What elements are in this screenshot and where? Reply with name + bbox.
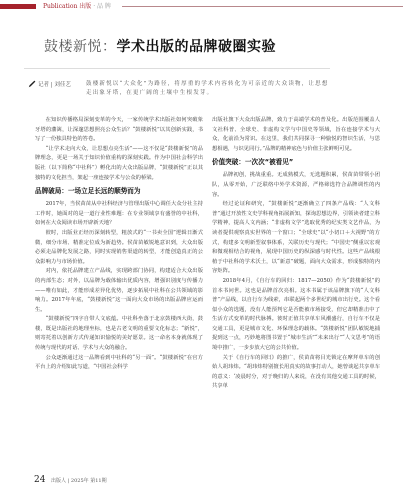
paragraph: “鼓楼新悦”四字自带人文底蕴。中社科坐落于北京鼓楼西大街，鼓楼，既是出版社的地理… xyxy=(35,315,203,353)
paragraph: “让学术走向大众，让思想点亮生活”——这不仅是“鼓楼新悦”的品牌理念，更是一场关… xyxy=(35,145,203,183)
paragraph: 品牌初创，挑战重重。无成熟模式，无选题积累，侯苗苗带领小团队，从零开始，广泛联络… xyxy=(212,171,380,200)
paragraph: 2017年，当侯苗苗从中社科经济与管理出版中心调任大众分社主持工作时，她面对的是… xyxy=(35,200,203,229)
title-main: 学术出版的品牌破圈实验 xyxy=(117,39,277,55)
byline: 记者 | 刘佳艺 xyxy=(28,80,71,88)
author: 记者 | 刘佳艺 xyxy=(38,80,71,88)
section-heading: 品牌破局：一场立足长远的顺势而为 xyxy=(35,186,203,197)
article-column-left: 在知识传播格局深刻变革的今天，一家传统学术出版社如何突破象牙塔的藩篱，让深邃思想… xyxy=(35,116,203,373)
paragraph: 在知识传播格局深刻变革的今天，一家传统学术出版社如何突破象牙塔的藩篱，让深邃思想… xyxy=(35,116,203,145)
paragraph: 关于《自行车的回归》的推广，侯苗苗将目光锁定在摩拜单车的创始人胡玮炜。“胡玮炜特… xyxy=(212,354,380,392)
paragraph-continued: 出版社旗下大众出版品牌，致力于高端学术的普及化。出版范围覆盖人文社科普、全球史、… xyxy=(212,116,380,154)
section-color-bar xyxy=(0,4,36,9)
publication-info: 出版人 | 2025年 第11期 xyxy=(51,478,107,484)
title-divider xyxy=(24,68,330,69)
pen-icon xyxy=(28,80,36,88)
page-footer: 24 出版人 | 2025年 第11期 xyxy=(34,475,107,485)
section-label-en: Publication xyxy=(43,3,77,10)
title-prefix: 鼓楼新悦： xyxy=(44,39,117,55)
paragraph: 2018年4月，《自行车的回归：1817—2050》作为“鼓楼新悦”的首本书问世… xyxy=(212,277,380,354)
article-abstract: 鼓楼新悦以“大众化”为路径，将厚重的学术内容转化为可亲近的大众读物，让思想走出象… xyxy=(86,80,331,98)
article-column-right: 出版社旗下大众出版品牌，致力于高端学术的普及化。出版范围覆盖人文社科普、全球史、… xyxy=(212,116,380,392)
article-title: 鼓楼新悦：学术出版的品牌破圈实验 xyxy=(44,36,276,56)
section-subcategory: · 品 牌 xyxy=(93,3,111,10)
paragraph: 彼时，出版业正经历深刻转型，粗放式的“一书卖全国”逻辑日渐式微，细分市场、精准定… xyxy=(35,229,203,267)
paragraph: 公众逐渐通过这一品牌看到中社科的“另一面”。“鼓楼新悦”在官方平台上的介绍如此写… xyxy=(35,354,203,373)
section-label-cn: 出版 xyxy=(79,3,91,10)
header-divider xyxy=(122,6,403,7)
section-heading: 价值突破：一次次“被看见” xyxy=(212,157,380,168)
paragraph: 经过论证和研究，“鼓楼新悦”逐渐确立了四条产品线：“人文科普”通过开放性文史学科… xyxy=(212,200,380,277)
page-number: 24 xyxy=(34,475,45,485)
section-header: Publication 出版 · 品 牌 xyxy=(43,1,111,10)
paragraph: 对内，依托品牌建立产品线，实现跨部门协同，构建适合大众出版的内部生态；对外，以品… xyxy=(35,267,203,315)
